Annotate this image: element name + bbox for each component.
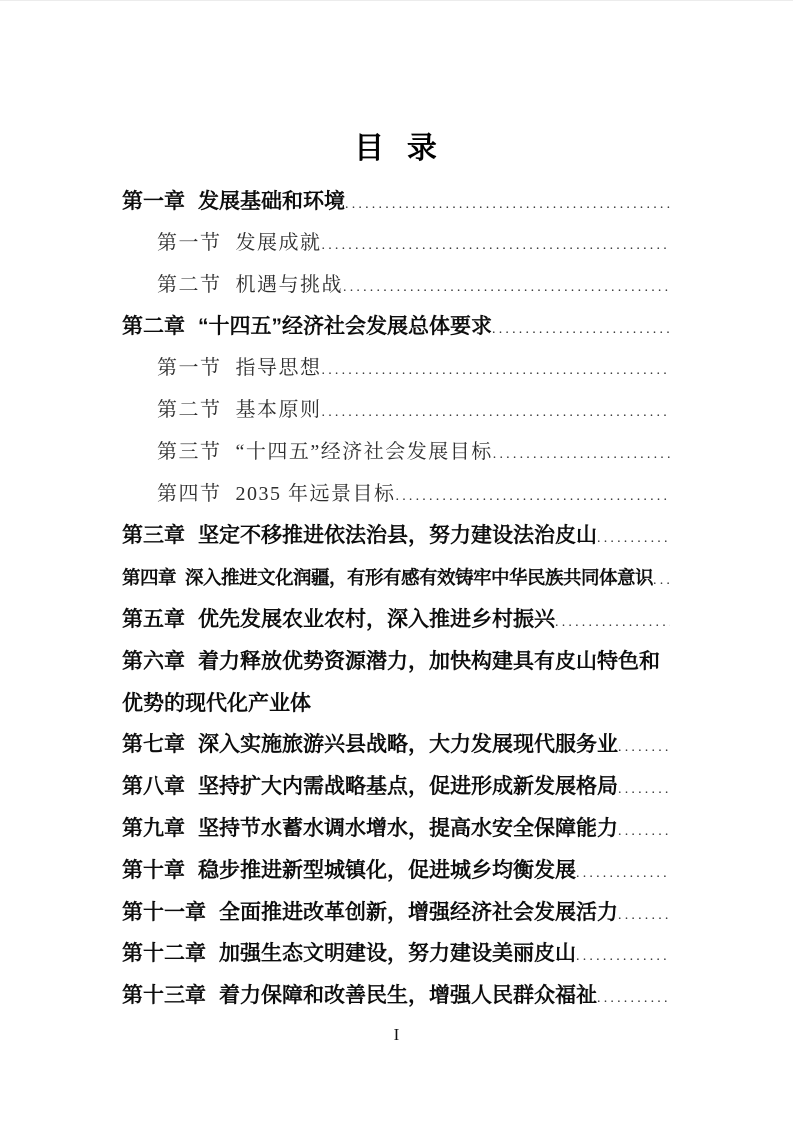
toc-entry: 第三节“十四五”经济社会发展目标 [122,432,670,474]
toc-entry-label: 第十章 [122,859,185,882]
toc-entry: 第七章深入实施旅游兴县战略，大力发展现代服务业 [122,724,670,766]
toc-entry: 第一节发展成就 [122,223,670,265]
toc-entry: 第二节机遇与挑战 [122,265,670,307]
toc-entry-label: 第九章 [122,817,185,840]
toc-entry-label: 第十一章 [122,901,206,924]
toc-entry-title: 发展成就 [236,232,322,254]
toc-entry-label: 第十二章 [122,942,206,965]
toc-entry-title: 坚定不移推进依法治县，努力建设法治皮山 [198,524,597,547]
dot-leader [618,908,670,923]
toc-entry-title: 坚持扩大内需战略基点，促进形成新发展格局 [198,775,618,798]
toc-entry: 第三章坚定不移推进依法治县，努力建设法治皮山 [122,515,670,557]
toc-entry-label: 第八章 [122,775,185,798]
toc-entry-title: “十四五”经济社会发展目标 [236,441,493,463]
dot-leader [618,740,670,755]
dot-leader [396,489,671,504]
toc-entry: 第四节2035 年远景目标 [122,474,670,516]
toc-entry-title: 坚持节水蓄水调水增水，提高水安全保障能力 [198,817,618,840]
toc-entry: 第一节指导思想 [122,348,670,390]
dot-leader [576,949,670,964]
dot-leader [493,447,670,462]
toc-entry-label: 第三章 [122,524,185,547]
dot-leader [322,405,671,420]
toc-entry: 第十章稳步推进新型城镇化，促进城乡均衡发展 [122,850,670,892]
page-number: I [0,1025,793,1045]
toc-entry-title: 深入实施旅游兴县战略，大力发展现代服务业 [198,733,618,756]
dot-leader [322,238,671,253]
toc-entry-label: 第四节 [157,483,222,505]
toc-entry-title: 着力保障和改善民生，增强人民群众福祉 [219,984,597,1007]
toc-entry: 第十一章全面推进改革创新，增强经济社会发展活力 [122,892,670,934]
toc-entry-label: 第六章 [122,650,185,673]
dot-leader [492,322,670,337]
toc-entry-title: 加强生态文明建设，努力建设美丽皮山 [219,942,576,965]
page-title: 目 录 [0,123,793,167]
toc-entry-label: 第三节 [157,441,222,463]
dot-leader [597,991,670,1006]
toc-entry-label: 第五章 [122,608,185,631]
toc-entry: 第二节基本原则 [122,390,670,432]
toc-entry-title: 着力释放优势资源潜力，加快构建具有皮山特色和优势的现代化产业体系 [122,650,660,725]
toc-entry: 第四章深入推进文化润疆，有形有感有效铸牢中华民族共同体意识 [122,557,670,599]
dot-leader [345,197,670,212]
toc-entry-title: 机遇与挑战 [236,274,344,296]
toc-entry-label: 第二节 [157,274,222,296]
dot-leader [618,824,670,839]
toc-entry: 第一章发展基础和环境 [122,181,670,223]
toc-entry-label: 第一章 [122,190,185,213]
toc-entry-title: 指导思想 [236,357,322,379]
toc-entry-label: 第十三章 [122,984,206,1007]
toc-entry: 第五章优先发展农业农村，深入推进乡村振兴 [122,599,670,641]
toc-entry-title: 全面推进改革创新，增强经济社会发展活力 [219,901,618,924]
toc-entry: 第十三章着力保障和改善民生，增强人民群众福祉 [122,975,670,1017]
dot-leader [618,782,670,797]
toc-entry-label: 第一节 [157,232,222,254]
toc-entry-label: 第七章 [122,733,185,756]
toc-entry-label: 第二章 [122,315,185,338]
toc-entry-title: 深入推进文化润疆，有形有感有效铸牢中华民族共同体意识 [185,567,653,588]
toc-entry-label: 第四章 [122,567,176,588]
toc-entry-label: 第二节 [157,399,222,421]
document-page: 目 录 第一章发展基础和环境 第一节发展成就 第二节机遇与挑战 第二章“十四五”… [0,0,793,1123]
dot-leader [322,363,671,378]
table-of-contents: 第一章发展基础和环境 第一节发展成就 第二节机遇与挑战 第二章“十四五”经济社会… [122,181,670,1017]
toc-entry-title: 基本原则 [236,399,322,421]
dot-leader [576,866,670,881]
toc-entry-title: 优先发展农业农村，深入推进乡村振兴 [198,608,555,631]
toc-entry: 第九章坚持节水蓄水调水增水，提高水安全保障能力 [122,808,670,850]
dot-leader [343,280,670,295]
toc-entry-title: 2035 年远景目标 [236,483,396,505]
toc-entry-title: 稳步推进新型城镇化，促进城乡均衡发展 [198,859,576,882]
toc-entry-title: 发展基础和环境 [198,190,345,213]
dot-leader [555,615,670,630]
dot-leader [653,573,670,588]
toc-entry-title: “十四五”经济社会发展总体要求 [198,315,492,338]
toc-entry: 第八章坚持扩大内需战略基点，促进形成新发展格局 [122,766,670,808]
dot-leader [597,531,670,546]
toc-entry: 第六章着力释放优势资源潜力，加快构建具有皮山特色和优势的现代化产业体系 [122,641,670,725]
toc-entry: 第十二章加强生态文明建设，努力建设美丽皮山 [122,933,670,975]
toc-entry-label: 第一节 [157,357,222,379]
toc-entry: 第二章“十四五”经济社会发展总体要求 [122,306,670,348]
